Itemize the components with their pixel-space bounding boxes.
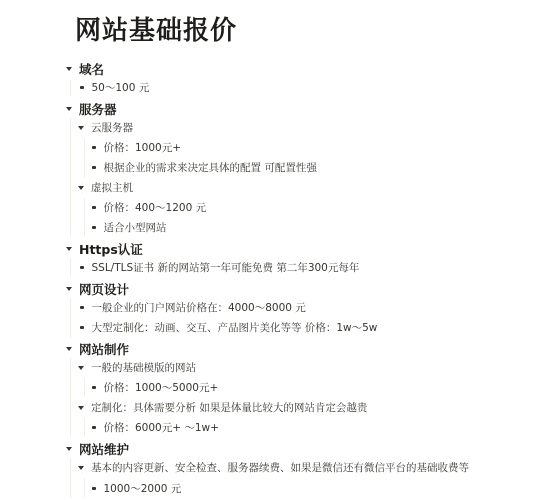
- list-item: 适合小型网站: [92, 220, 167, 235]
- list-item: 50～100 元: [80, 80, 149, 95]
- bullet-icon: [80, 86, 84, 90]
- collapse-toggle-icon[interactable]: [78, 366, 84, 370]
- outline-subheading-basic-template[interactable]: 一般的基础模版的网站: [78, 360, 196, 375]
- collapse-toggle-icon[interactable]: [66, 447, 72, 451]
- page-title: 网站基础报价: [75, 10, 237, 47]
- outline-heading-design[interactable]: 网页设计: [66, 280, 129, 298]
- list-item: 价格：6000元+ ～1w+: [92, 420, 219, 435]
- indent-guide: [70, 298, 71, 338]
- indent-guide: [84, 478, 85, 498]
- indent-guide: [70, 458, 71, 498]
- bullet-icon: [92, 226, 96, 230]
- outline-subheading-custom[interactable]: 定制化：具体需要分析 如果是体量比较大的网站肯定会越贵: [78, 400, 367, 415]
- outline-heading-server[interactable]: 服务器: [66, 100, 117, 118]
- indent-guide: [70, 80, 71, 96]
- list-item: 根据企业的需求来决定具体的配置 可配置性强: [92, 160, 317, 175]
- outline-subheading-vhost[interactable]: 虚拟主机: [78, 180, 133, 195]
- collapse-toggle-icon[interactable]: [66, 247, 72, 251]
- list-item: 价格：1000元+: [92, 140, 181, 155]
- indent-guide: [70, 118, 71, 236]
- outline-subheading-cloud[interactable]: 云服务器: [78, 120, 133, 135]
- indent-guide: [84, 418, 85, 436]
- collapse-toggle-icon[interactable]: [78, 466, 84, 470]
- list-item: 一般企业的门户网站价格在：4000～8000 元: [80, 300, 306, 315]
- collapse-toggle-icon[interactable]: [66, 287, 72, 291]
- indent-guide: [84, 198, 85, 236]
- bullet-icon: [80, 266, 84, 270]
- outline-heading-build[interactable]: 网站制作: [66, 340, 129, 358]
- collapse-toggle-icon[interactable]: [78, 406, 84, 410]
- list-item: 价格：1000～5000元+: [92, 380, 218, 395]
- bullet-icon: [92, 146, 96, 150]
- collapse-toggle-icon[interactable]: [66, 67, 72, 71]
- collapse-toggle-icon[interactable]: [66, 347, 72, 351]
- list-item: SSL/TLS证书 新的网站第一年可能免费 第二年300元每年: [80, 260, 359, 275]
- list-item: 价格：400～1200 元: [92, 200, 206, 215]
- indent-guide: [70, 358, 71, 436]
- outline-heading-domain[interactable]: 域名: [66, 60, 104, 78]
- bullet-icon: [92, 386, 96, 390]
- outline-heading-https[interactable]: Https认证: [66, 240, 143, 258]
- bullet-icon: [92, 426, 96, 430]
- list-item: 1000～2000 元: [92, 481, 181, 496]
- bullet-icon: [80, 306, 84, 310]
- collapse-toggle-icon[interactable]: [66, 107, 72, 111]
- indent-guide: [84, 138, 85, 178]
- heading-label: 域名: [79, 60, 104, 78]
- list-item: 大型定制化：动画、交互、产品图片美化等等 价格：1w～5w: [80, 320, 377, 335]
- indent-guide: [84, 378, 85, 396]
- outline-heading-maintain[interactable]: 网站维护: [66, 440, 129, 458]
- bullet-icon: [92, 166, 96, 170]
- indent-guide: [70, 258, 71, 276]
- collapse-toggle-icon[interactable]: [78, 126, 84, 130]
- collapse-toggle-icon[interactable]: [78, 186, 84, 190]
- bullet-icon: [92, 206, 96, 210]
- bullet-icon: [92, 487, 96, 491]
- bullet-icon: [80, 326, 84, 330]
- outline-subheading-maintain-basic[interactable]: 基本的内容更新、安全检查、服务器续费、如果是微信还有微信平台的基础收费等: [78, 460, 469, 475]
